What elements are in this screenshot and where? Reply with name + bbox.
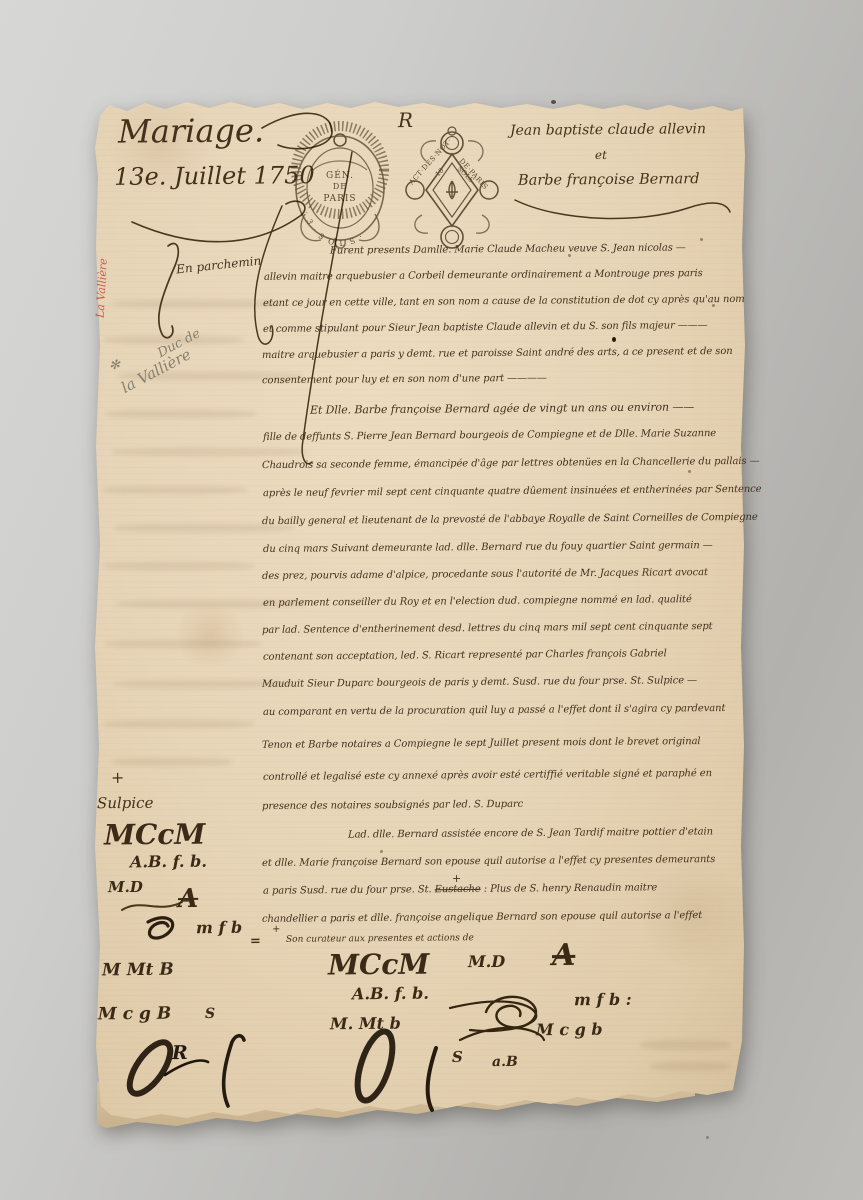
parchemin-margin-note: En parchemin (176, 254, 262, 277)
paraph-initials: M Mt B (102, 960, 174, 981)
body-line-pre: a paris Susd. rue du four prse. St. (263, 884, 435, 896)
svg-text:PARIS: PARIS (323, 194, 356, 204)
paraph-initials: S (205, 1006, 215, 1022)
signature-initials: a.B (492, 1054, 518, 1070)
body-line: contenant son acceptation, led. S. Ricar… (263, 648, 667, 663)
showthrough-line (106, 640, 261, 648)
body-line: Furent presents Damlle. Marie Claude Mac… (330, 242, 686, 256)
interline-insertion: Son curateur aux presentes et actions de (286, 933, 474, 945)
foxing-dot (688, 470, 691, 473)
center-vertical-stroke (428, 1048, 436, 1110)
body-line: Et Dlle. Barbe françoise Bernard agée de… (310, 400, 694, 416)
svg-text:GÉN.: GÉN. (326, 169, 354, 181)
fleur-de-lis (446, 181, 458, 199)
ink-blot-speck (612, 337, 616, 342)
paraph-initials: R (172, 1042, 188, 1064)
body-line: en parlement conseiller du Roy et en l'e… (263, 594, 692, 609)
showthrough-line (112, 300, 282, 308)
center-b-flourish-2 (460, 1028, 544, 1040)
paper-stain (175, 600, 245, 670)
paraph-initials: M c g B (98, 1004, 171, 1025)
actes-des-notaires-tax-stamp: ACT·DES·NOT· DE·PARIS 10 SOLS (402, 123, 502, 258)
body-line: controllé et legalisé este cy annexé apr… (263, 768, 712, 783)
signature-initial-struck: A (552, 938, 576, 973)
date-note: 13e. Juillet 1750 (114, 161, 315, 191)
svg-text:DE: DE (333, 182, 347, 191)
party-groom-name: Jean baptiste claude allevin (510, 121, 706, 139)
paraph-initial-struck: A (178, 884, 198, 914)
foxing-dot (700, 238, 703, 241)
classification-note: Mariage. (118, 111, 264, 150)
body-line: du cinq mars Suivant demeurante lad. dll… (263, 540, 713, 555)
red-collector-note: La Vallière (94, 228, 112, 319)
center-heavy-flourish (351, 1027, 400, 1104)
body-line: etant ce jour en cette ville, tant en so… (263, 294, 745, 309)
body-line: et comme stipulant pour Sieur Jean bapti… (263, 320, 708, 335)
signature-initials: M. Mt b (330, 1014, 401, 1034)
body-line: au comparant en vertu de la procuration … (263, 703, 725, 718)
body-line: du bailly general et lieutenant de la pr… (262, 512, 758, 527)
body-line: après le neuf fevrier mil sept cent cinq… (263, 484, 762, 499)
body-line: maitre arquebusier a paris y demt. rue e… (262, 346, 733, 361)
margin-correction-word: Sulpice (97, 794, 154, 812)
date-underline-flourish (132, 201, 305, 241)
left-vertical-stroke (224, 1036, 244, 1106)
center-round-paraph (486, 997, 536, 1028)
left-heavy-flourish (122, 1036, 178, 1100)
signature-initials: S (452, 1048, 463, 1066)
left-ink-scribble (148, 918, 173, 938)
signature-initials: m f b : (574, 990, 632, 1010)
paraph-initials: M.D (108, 878, 143, 896)
registration-mark: R (398, 108, 413, 132)
paraph-initials: A.B. f. b. (130, 852, 207, 872)
manuscript-content: GÉN. DE PARIS · 3 · S O L S · (0, 0, 863, 1200)
body-line: Tenon et Barbe notaires a Compiegne le s… (262, 736, 701, 751)
center-b-flourish-1 (450, 1001, 536, 1031)
body-line: allevin maitre arquebusier a Corbeil dem… (264, 268, 703, 283)
showthrough-line (112, 758, 232, 766)
showthrough-line (106, 410, 256, 418)
body-line: des prez, pourvis adame d'alpice, proced… (262, 567, 708, 582)
party-conjunction: et (595, 148, 607, 162)
signature-initials: MCcM (328, 948, 430, 982)
showthrough-line (104, 562, 254, 570)
insert-equals-mark: = (250, 934, 261, 949)
pencil-star-mark: ✻ (109, 358, 120, 373)
body-line: Mauduit Sieur Duparc bourgeois de paris … (262, 675, 697, 690)
showthrough-line (650, 1062, 730, 1071)
left-paraph-swash (122, 902, 182, 910)
struck-word: Eustache (435, 884, 481, 895)
insert-plus-mark: + (272, 924, 280, 935)
pencil-note-line2: la Vallière (118, 345, 194, 397)
body-line: par lad. Sentence d'entherinement desd. … (262, 621, 713, 636)
signature-initials: A.B. f. b. (352, 984, 429, 1004)
showthrough-line (112, 448, 307, 456)
body-line: et dlle. Marie françoise Bernard son epo… (262, 854, 715, 869)
body-line: presence des notaires soubsignés par led… (262, 799, 523, 812)
showthrough-line (640, 1040, 730, 1050)
parchemin-f-flourish (159, 243, 178, 337)
showthrough-line (102, 486, 247, 494)
paraph-initials: m f b (196, 918, 242, 937)
foxing-dot (380, 850, 383, 853)
showthrough-line (104, 720, 254, 728)
body-line: consentement pour luy et en son nom d'un… (262, 373, 547, 386)
signature-initials: M c g b (536, 1020, 603, 1040)
body-line-post: : Plus de S. henry Renaudin maitre (481, 882, 658, 895)
photo-stage: GÉN. DE PARIS · 3 · S O L S · (0, 0, 863, 1200)
body-line: fille de deffunts S. Pierre Jean Bernard… (263, 428, 716, 443)
body-line: Lad. dlle. Bernard assistée encore de S.… (348, 826, 713, 840)
body-line: chandellier a paris et dlle. françoise a… (262, 910, 702, 925)
bride-name-underline-flourish (515, 200, 730, 218)
correction-plus-mark: + (452, 872, 461, 885)
body-line: Chaudrois sa seconde femme, émancipée d'… (262, 456, 760, 471)
margin-plus-mark: + (111, 768, 125, 787)
paraph-initials: MCcM (104, 818, 206, 852)
party-bride-name: Barbe françoise Bernard (518, 171, 700, 189)
signature-initials: M.D (468, 952, 505, 971)
